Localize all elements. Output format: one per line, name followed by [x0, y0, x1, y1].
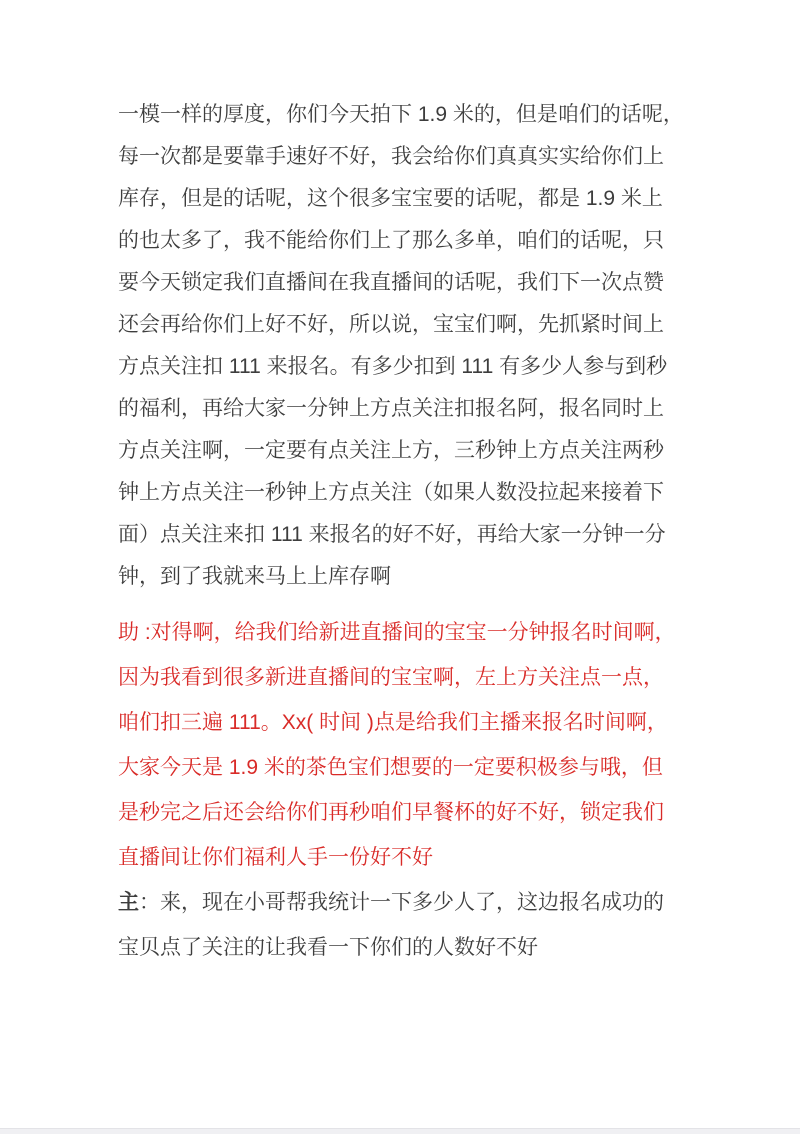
text-line: 因为我看到很多新进直播间的宝宝啊，左上方关注点一点，	[118, 655, 682, 700]
text-line: 方点关注扣 111 来报名。有多少扣到 111 有多少人参与到秒	[118, 346, 682, 388]
text-line: 一模一样的厚度，你们今天拍下 1.9 米的，但是咱们的话呢，	[118, 94, 682, 136]
text-line: 的也太多了，我不能给你们上了那么多单，咱们的话呢，只	[118, 220, 682, 262]
text-line: 的福利，再给大家一分钟上方点关注扣报名阿，报名同时上	[118, 388, 682, 430]
page-content: 一模一样的厚度，你们今天拍下 1.9 米的，但是咱们的话呢，每一次都是要靠手速好…	[0, 0, 800, 970]
text-line: 面）点关注来扣 111 来报名的好不好，再给大家一分钟一分	[118, 514, 682, 556]
page-bottom-edge	[0, 1128, 800, 1134]
text-line: 助 :对得啊，给我们给新进直播间的宝宝一分钟报名时间啊，	[118, 610, 682, 655]
text-line: 主：来，现在小哥帮我统计一下多少人了，这边报名成功的	[118, 880, 682, 925]
paragraph-host-script-2: 主：来，现在小哥帮我统计一下多少人了，这边报名成功的宝贝点了关注的让我看一下你们…	[118, 880, 682, 970]
text-line: 直播间让你们福利人手一份好不好	[118, 835, 682, 880]
text-line: 钟上方点关注一秒钟上方点关注（如果人数没拉起来接着下	[118, 472, 682, 514]
document-page: 一模一样的厚度，你们今天拍下 1.9 米的，但是咱们的话呢，每一次都是要靠手速好…	[0, 0, 800, 1134]
text-line: 库存，但是的话呢，这个很多宝宝要的话呢，都是 1.9 米上	[118, 178, 682, 220]
text-line: 大家今天是 1.9 米的茶色宝们想要的一定要积极参与哦，但	[118, 745, 682, 790]
text-line: 要今天锁定我们直播间在我直播间的话呢，我们下一次点赞	[118, 262, 682, 304]
text-line: 宝贝点了关注的让我看一下你们的人数好不好	[118, 925, 682, 970]
speaker-label: 主	[118, 891, 139, 914]
text-line: 还会再给你们上好不好，所以说，宝宝们啊，先抓紧时间上	[118, 304, 682, 346]
paragraph-host-script-1: 一模一样的厚度，你们今天拍下 1.9 米的，但是咱们的话呢，每一次都是要靠手速好…	[118, 94, 682, 598]
text-line: 钟，到了我就来马上上库存啊	[118, 556, 682, 598]
text-line: 每一次都是要靠手速好不好，我会给你们真真实实给你们上	[118, 136, 682, 178]
text-line: 咱们扣三遍 111。Xx( 时间 )点是给我们主播来报名时间啊，	[118, 700, 682, 745]
text-line: 方点关注啊，一定要有点关注上方，三秒钟上方点关注两秒	[118, 430, 682, 472]
paragraph-assistant-script: 助 :对得啊，给我们给新进直播间的宝宝一分钟报名时间啊，因为我看到很多新进直播间…	[118, 610, 682, 880]
text-line: 是秒完之后还会给你们再秒咱们早餐杯的好不好，锁定我们	[118, 790, 682, 835]
